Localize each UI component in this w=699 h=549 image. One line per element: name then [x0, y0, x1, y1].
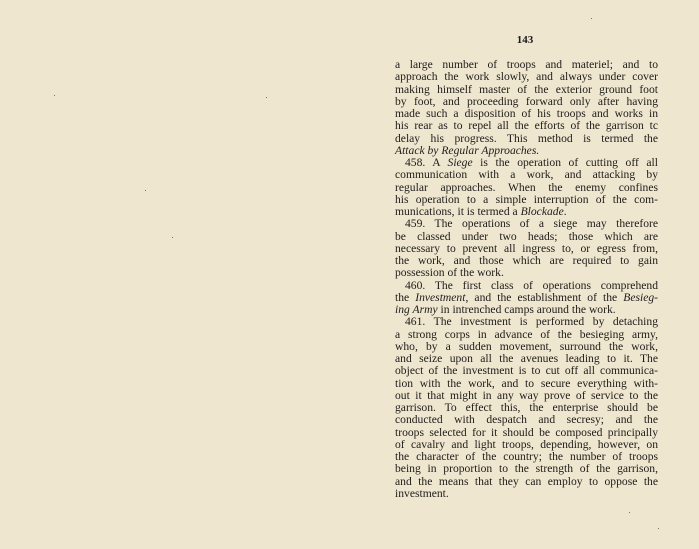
italic-term: Siege — [448, 156, 473, 169]
text-line: troops selected for it should be compose… — [395, 427, 658, 439]
text-run: munications, it is termed a — [395, 205, 521, 218]
scan-speck — [629, 512, 630, 513]
italic-term: Investment — [415, 291, 465, 304]
text-line: investment. — [395, 488, 658, 500]
text-line: regular approaches. When the enemy confi… — [395, 182, 658, 194]
scanned-book-page: 143 a large number of troops and materie… — [0, 0, 699, 549]
text-line: 461. The investment is performed by deta… — [395, 316, 658, 328]
scan-speck — [172, 237, 173, 238]
text-run: the — [395, 291, 415, 304]
page-number: 143 — [510, 34, 540, 46]
scan-speck — [145, 190, 146, 191]
text-run: in intrenched camps around the work. — [438, 303, 616, 316]
text-run: . — [564, 205, 567, 218]
text-run: , and the establishment of the — [465, 291, 623, 304]
text-line: approach the work slowly, and always und… — [395, 71, 658, 83]
italic-term: Blockade — [521, 205, 564, 218]
text-line: communication with a work, and attacking… — [395, 169, 658, 181]
text-run: is the operation of cutting off all — [473, 156, 658, 169]
body-text-column: a large number of troops and materiel; a… — [395, 59, 658, 500]
text-line: object of the investment is to cut off a… — [395, 365, 658, 377]
text-line: being in proportion to the strength of t… — [395, 463, 658, 475]
scan-speck — [658, 528, 659, 529]
scan-speck — [266, 97, 267, 98]
scan-speck — [54, 95, 55, 96]
italic-term: Attack by Regular Approaches. — [395, 144, 539, 157]
text-line: tion with the work, and to secure everyt… — [395, 378, 658, 390]
text-line: his rear as to repel all the efforts of … — [395, 120, 658, 132]
text-run: 458. A — [405, 156, 448, 169]
text-line: making himself master of the exterior gr… — [395, 84, 658, 96]
italic-term: Besieg- — [623, 291, 658, 304]
text-line: be classed under two heads; those which … — [395, 231, 658, 243]
text-line: 459. The operations of a siege may there… — [395, 218, 658, 230]
text-line: possession of the work. — [395, 267, 658, 279]
text-line: and the means that they can employ to op… — [395, 476, 658, 488]
text-line: a strong corps in advance of the besiegi… — [395, 329, 658, 341]
scan-speck — [591, 18, 592, 19]
text-line: conducted with despatch and secresy; and… — [395, 414, 658, 426]
italic-term: ing Army — [395, 303, 438, 316]
